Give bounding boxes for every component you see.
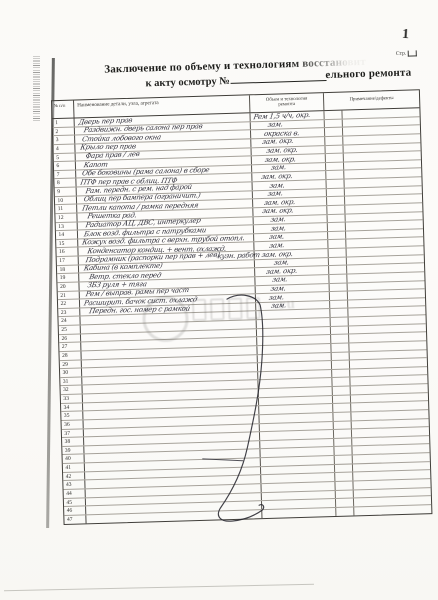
handwritten-repair-volume: зам. — [270, 215, 287, 224]
cell-narrow — [326, 180, 344, 188]
cell-narrow — [325, 119, 343, 127]
cell-narrow — [329, 249, 347, 257]
row-number: 19 — [57, 274, 79, 282]
row-number: 3 — [53, 136, 75, 144]
watermark-blurred-glyphs — [192, 297, 261, 321]
row-number: 40 — [63, 455, 85, 463]
cell-narrow — [330, 283, 348, 291]
document-content: Стр. Заключение по объему и технологиям … — [0, 0, 438, 600]
cell-narrow — [329, 266, 347, 274]
row-number: 36 — [62, 420, 84, 428]
row-number: 44 — [64, 489, 86, 497]
row-number: 12 — [55, 213, 77, 221]
row-number: 23 — [58, 308, 80, 316]
row-number: 13 — [56, 222, 78, 230]
cell-narrow — [328, 231, 346, 239]
row-number: 31 — [60, 377, 82, 385]
cell-narrow — [329, 257, 347, 265]
row-number: 8 — [54, 179, 76, 187]
row-number: 11 — [55, 205, 77, 213]
cell-narrow — [334, 447, 352, 455]
row-number: 47 — [64, 515, 86, 524]
cell-narrow — [326, 171, 344, 179]
cell-narrow — [333, 404, 351, 412]
cell-narrow — [332, 352, 350, 360]
header-volume-line2: ремонта — [250, 101, 323, 108]
cell-narrow — [328, 240, 346, 248]
cell-narrow — [328, 214, 346, 222]
title-line2-left: к акту осмотру № — [145, 72, 327, 89]
cell-narrow — [334, 421, 352, 429]
cell-narrow — [325, 145, 343, 153]
cell-narrow — [329, 274, 347, 282]
cell-narrow — [335, 455, 353, 463]
row-number: 45 — [64, 498, 86, 506]
row-number: 22 — [58, 300, 80, 308]
cell-narrow — [331, 326, 349, 334]
handwritten-repair-volume: зам. окр. — [260, 172, 293, 181]
cell-narrow — [333, 395, 351, 403]
title-line2-right: ельного ремонта — [325, 66, 411, 81]
row-number: 41 — [63, 463, 85, 471]
act-number-blank — [231, 72, 327, 84]
row-number: 4 — [53, 144, 75, 152]
handwritten-repair-volume: зам. — [267, 189, 284, 198]
cell-narrow — [324, 111, 342, 119]
row-number: 2 — [53, 127, 75, 135]
row-number: 28 — [59, 351, 81, 359]
handwritten-repair-volume: зам. окр. — [266, 146, 299, 155]
cell-narrow — [326, 154, 344, 162]
cell-narrow — [331, 343, 349, 351]
row-number: 46 — [64, 506, 86, 514]
row-number: 25 — [59, 325, 81, 333]
cell-narrow — [332, 369, 350, 377]
row-number: 7 — [54, 170, 76, 178]
cell-narrow — [332, 378, 350, 386]
handwritten-repair-volume: зам. — [273, 258, 290, 267]
header-num: № п/п — [52, 101, 74, 119]
row-number: 33 — [61, 394, 83, 402]
header-volume: Объем и технология ремонта — [250, 93, 324, 112]
row-number: 32 — [60, 386, 82, 394]
row-number: 14 — [56, 231, 78, 239]
cell-narrow — [327, 205, 345, 213]
row-number: 15 — [56, 239, 78, 247]
row-number: 43 — [63, 481, 85, 489]
cell-narrow — [333, 386, 351, 394]
handwritten-repair-volume: зам. — [272, 276, 289, 285]
handwritten-repair-volume: зам. — [269, 241, 286, 250]
row-number: 29 — [60, 360, 82, 368]
row-number: 38 — [62, 438, 84, 446]
handwritten-repair-volume: зам. — [270, 302, 287, 311]
cell-narrow — [333, 412, 351, 420]
cell-narrow — [330, 300, 348, 308]
row-number: 35 — [61, 412, 83, 420]
row-number: 20 — [57, 282, 79, 290]
cell-narrow — [336, 490, 354, 498]
row-number: 21 — [58, 291, 80, 299]
cell-narrow — [325, 136, 343, 144]
row-number: 34 — [61, 403, 83, 411]
row-number: 5 — [54, 153, 76, 161]
cell-narrow — [327, 197, 345, 205]
cell-narrow — [335, 473, 353, 481]
cell-narrow — [334, 430, 352, 438]
scanned-document-page: 1 Стр. Заключение по объему и технология… — [0, 0, 438, 600]
cell-narrow — [331, 335, 349, 343]
cell-narrow — [336, 507, 354, 516]
row-number: 39 — [62, 446, 84, 454]
cell-narrow — [327, 188, 345, 196]
row-number: 1 — [53, 119, 75, 127]
handwritten-repair-volume: зам. — [270, 163, 287, 172]
row-number: 24 — [58, 317, 80, 325]
row-number: 30 — [60, 369, 82, 377]
cell-narrow — [325, 128, 343, 136]
cell-narrow — [326, 162, 344, 170]
row-number: 26 — [59, 334, 81, 342]
cell-repair-volume — [262, 508, 336, 519]
row-number: 37 — [62, 429, 84, 437]
row-number: 27 — [59, 343, 81, 351]
cell-narrow — [336, 499, 354, 507]
handwritten-repair-volume: зам. — [270, 284, 287, 293]
row-number: 16 — [56, 248, 78, 256]
cell-narrow — [331, 317, 349, 325]
cell-narrow — [334, 438, 352, 446]
cell-narrow — [335, 481, 353, 489]
row-number: 9 — [55, 188, 77, 196]
cell-narrow — [332, 361, 350, 369]
handwritten-repair-volume: зам. — [267, 120, 284, 129]
header-note: Примечание/дефекты — [324, 90, 419, 110]
row-number: 6 — [54, 162, 76, 170]
cell-narrow — [330, 309, 348, 317]
row-number: 17 — [57, 256, 79, 264]
row-number: 18 — [57, 265, 79, 273]
cell-note — [354, 505, 431, 516]
cell-narrow — [330, 292, 348, 300]
cell-narrow — [335, 464, 353, 472]
row-number: 10 — [55, 196, 77, 204]
act-number-label: к акту осмотру № — [145, 75, 230, 88]
cell-narrow — [328, 223, 346, 231]
row-number: 42 — [63, 472, 85, 480]
